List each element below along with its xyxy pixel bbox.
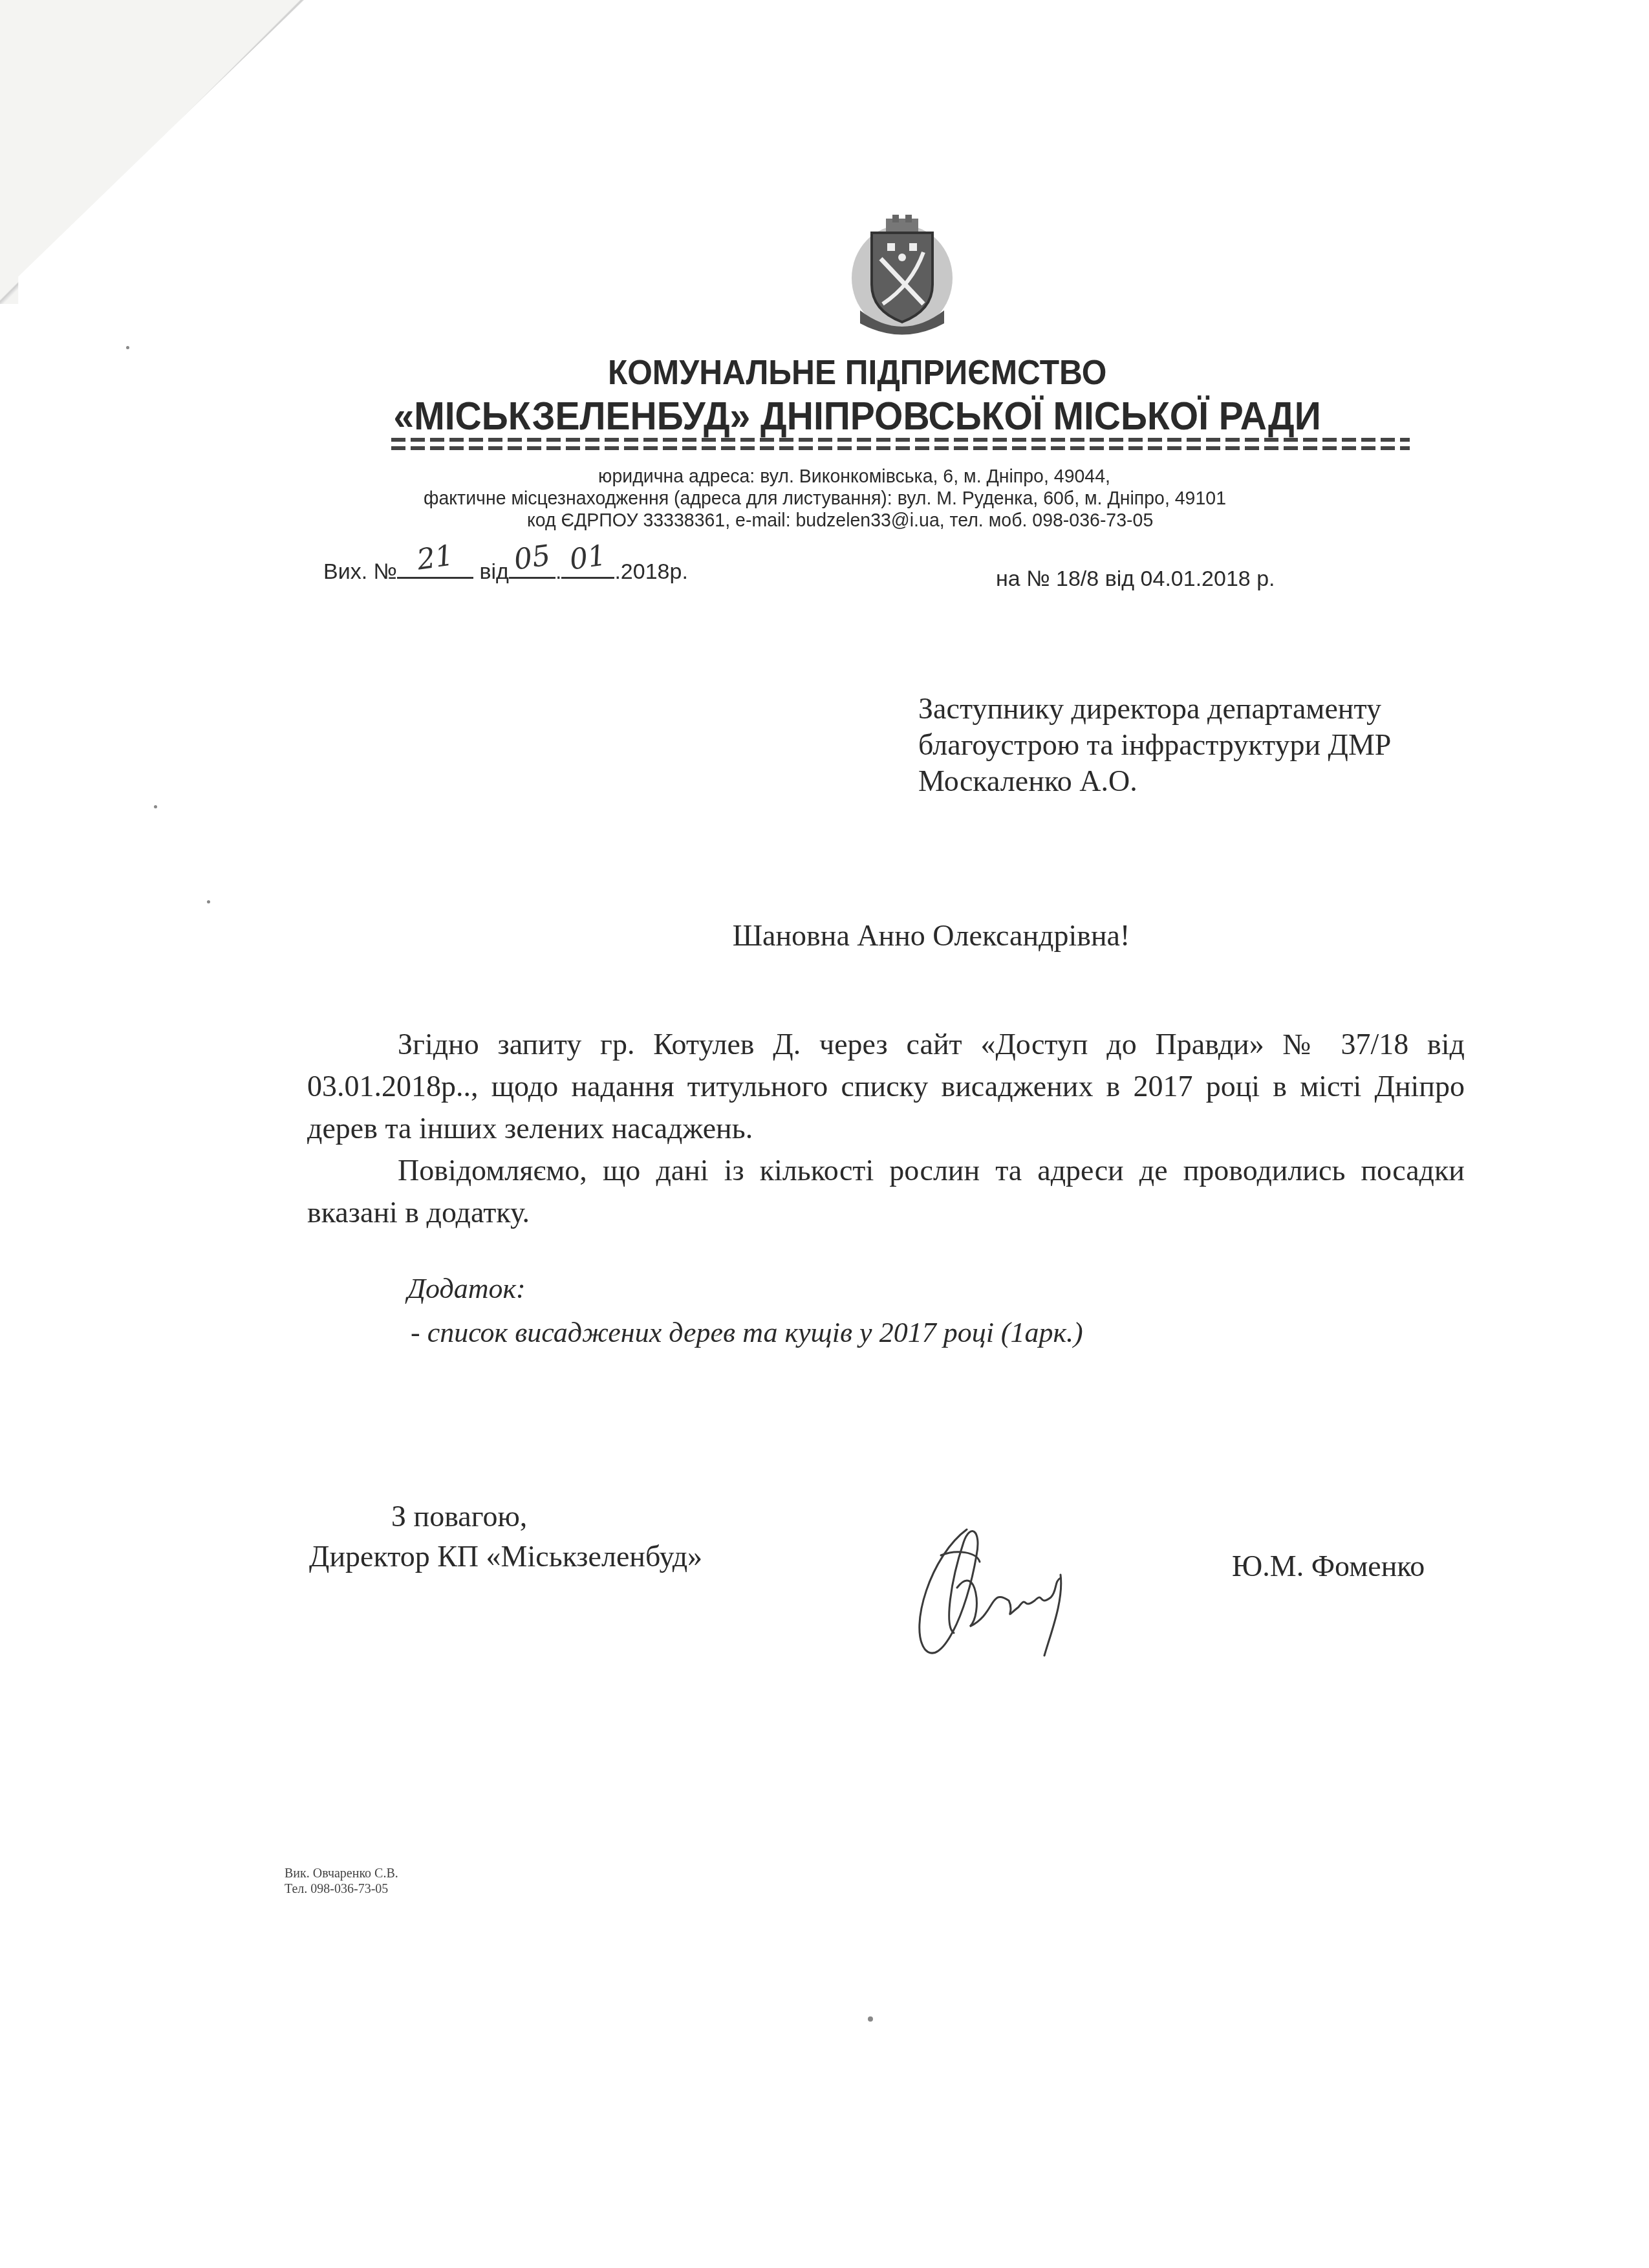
addressee-block: Заступнику директора департаменту благоу… (918, 691, 1391, 799)
addressee-name: Москаленко А.О. (918, 763, 1391, 799)
scan-speck (207, 900, 210, 903)
signer-position: Директор КП «Міськзеленбуд» (309, 1539, 702, 1573)
addressee-position: Заступнику директора департаменту (918, 691, 1391, 727)
outgoing-number-field: 21 (397, 557, 473, 579)
outgoing-number-handwritten: 21 (415, 539, 456, 576)
body-paragraph-1: Згідно запиту гр. Котулев Д. через сайт … (307, 1023, 1465, 1149)
signer-name: Ю.М. Фоменко (1232, 1549, 1425, 1583)
year-suffix: .2018р. (614, 559, 687, 584)
month-handwritten: 01 (568, 539, 609, 576)
outgoing-number-label: Вих. № (323, 559, 397, 584)
registry-and-contacts: код ЄДРПОУ 33338361, e-mail: budzelen33@… (527, 510, 1153, 532)
executor-phone: Тел. 098-036-73-05 (285, 1881, 398, 1897)
day-field: 05 (509, 557, 555, 579)
legal-address: юридична адреса: вул. Виконкомівська, 6,… (598, 466, 1110, 488)
executor-block: Вик. Овчаренко С.В. Тел. 098-036-73-05 (285, 1866, 398, 1897)
folded-corner-edge (0, 0, 304, 304)
letterhead-divider (391, 446, 1410, 450)
attachment-title: Додаток: (407, 1272, 526, 1305)
salutation: Шановна Анно Олександрівна! (0, 918, 1649, 953)
body-paragraph-2: Повідомляємо, що дані із кількості росли… (307, 1149, 1465, 1233)
day-handwritten: 05 (512, 539, 553, 576)
executor-name: Вик. Овчаренко С.В. (285, 1866, 398, 1881)
from-label: від (480, 559, 509, 584)
dnipro-coat-of-arms-icon (847, 213, 957, 336)
closing-regards: З повагою, (391, 1499, 527, 1533)
scan-speck (868, 2016, 873, 2022)
attachment-item: - список висаджених дерев та кущів у 201… (411, 1316, 1083, 1349)
reference-number: на № 18/8 від 04.01.2018 р. (996, 567, 1275, 592)
outgoing-number-line: Вих. №21 від05.01.2018р. (323, 557, 688, 585)
letterhead-divider (391, 438, 1410, 442)
addressee-department: благоустрою та інфраструктури ДМР (918, 727, 1391, 763)
actual-address: фактичне місцезнаходження (адреса для ли… (424, 488, 1226, 510)
handwritten-signature-icon (905, 1517, 1138, 1672)
organization-type: КОМУНАЛЬНЕ ПІДПРИЄМСТВО (66, 352, 1583, 393)
scan-speck (126, 346, 129, 349)
scan-speck (154, 805, 157, 808)
month-field: 01 (561, 557, 614, 579)
organization-name: «МІСЬКЗЕЛЕНБУД» ДНІПРОВСЬКОЇ МІСЬКОЇ РАД… (66, 393, 1583, 439)
